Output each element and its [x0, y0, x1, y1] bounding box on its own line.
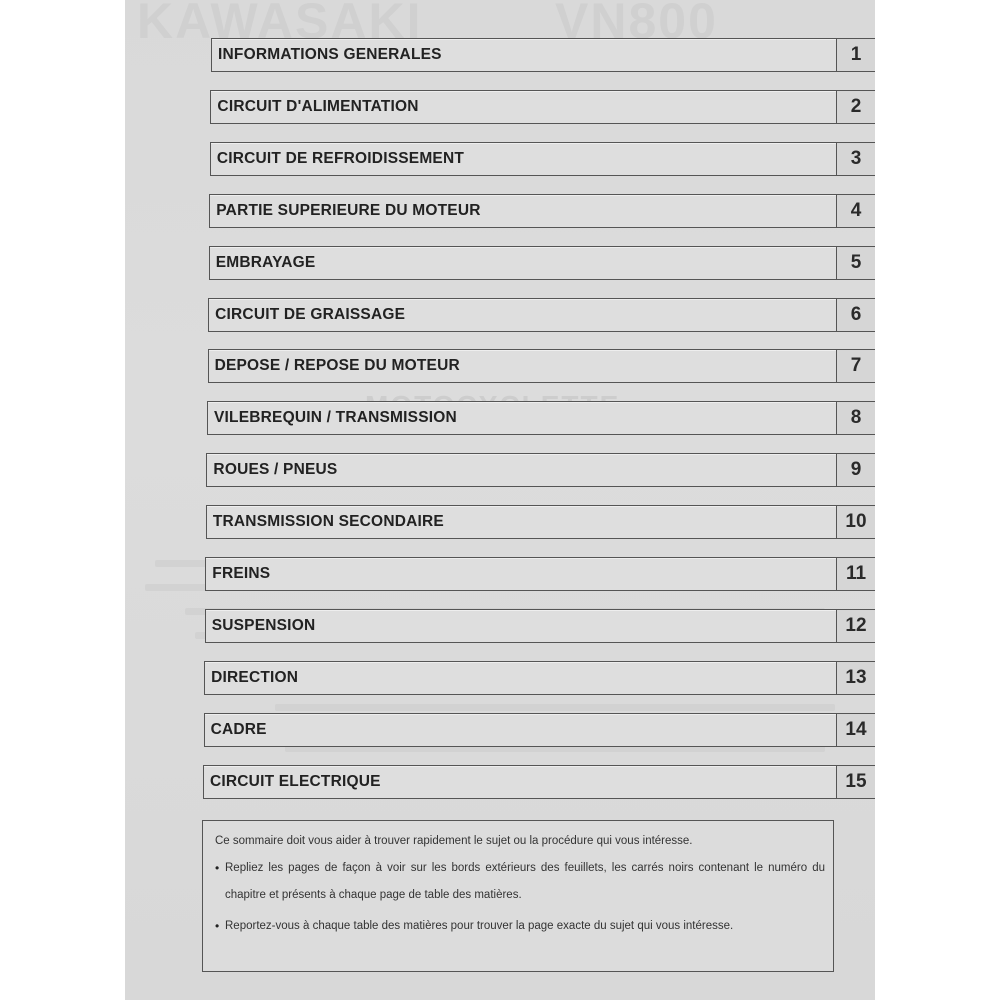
- toc-row[interactable]: ROUES / PNEUS9: [206, 453, 875, 487]
- toc-row[interactable]: DIRECTION13: [204, 661, 875, 695]
- chapter-number-tab: 7: [836, 349, 875, 383]
- instructions-box: Ce sommaire doit vous aider à trouver ra…: [202, 820, 834, 972]
- chapter-title: TRANSMISSION SECONDAIRE: [206, 505, 836, 539]
- chapter-number-tab: 15: [836, 765, 875, 799]
- bullet-icon: •: [215, 855, 225, 909]
- chapter-title: INFORMATIONS GENERALES: [211, 38, 836, 72]
- instruction-bullet: • Reportez-vous à chaque table des matiè…: [215, 913, 825, 940]
- toc-row[interactable]: FREINS11: [205, 557, 875, 591]
- chapter-title: CIRCUIT DE REFROIDISSEMENT: [210, 142, 836, 176]
- instructions-intro: Ce sommaire doit vous aider à trouver ra…: [215, 831, 825, 851]
- chapter-title: CIRCUIT ELECTRIQUE: [203, 765, 836, 799]
- chapter-number-tab: 3: [836, 142, 875, 176]
- chapter-number-tab: 8: [836, 401, 875, 435]
- chapter-title: CIRCUIT DE GRAISSAGE: [208, 298, 836, 332]
- toc-row[interactable]: EMBRAYAGE5: [209, 246, 875, 280]
- chapter-number-tab: 1: [836, 38, 875, 72]
- chapter-title: CADRE: [204, 713, 836, 747]
- chapter-title: FREINS: [205, 557, 836, 591]
- toc-row[interactable]: INFORMATIONS GENERALES1: [211, 38, 875, 72]
- chapter-title: DIRECTION: [204, 661, 836, 695]
- toc-row[interactable]: CADRE14: [204, 713, 875, 747]
- toc-row[interactable]: CIRCUIT ELECTRIQUE15: [203, 765, 875, 799]
- chapter-number-tab: 11: [836, 557, 875, 591]
- chapter-title: EMBRAYAGE: [209, 246, 836, 280]
- instruction-bullet: • Repliez les pages de façon à voir sur …: [215, 855, 825, 909]
- chapter-number-tab: 4: [836, 194, 875, 228]
- chapter-title: SUSPENSION: [205, 609, 836, 643]
- toc-row[interactable]: VILEBREQUIN / TRANSMISSION8: [207, 401, 875, 435]
- chapter-number-tab: 5: [836, 246, 875, 280]
- bullet-icon: •: [215, 913, 225, 940]
- chapter-number-tab: 14: [836, 713, 875, 747]
- toc-row[interactable]: CIRCUIT DE GRAISSAGE6: [208, 298, 875, 332]
- chapter-number-tab: 12: [836, 609, 875, 643]
- toc-row[interactable]: CIRCUIT D'ALIMENTATION2: [210, 90, 875, 124]
- chapter-title: CIRCUIT D'ALIMENTATION: [210, 90, 836, 124]
- chapter-title: VILEBREQUIN / TRANSMISSION: [207, 401, 836, 435]
- toc-row[interactable]: DEPOSE / REPOSE DU MOTEUR7: [208, 349, 875, 383]
- chapter-number-tab: 2: [836, 90, 875, 124]
- chapter-title: PARTIE SUPERIEURE DU MOTEUR: [209, 194, 836, 228]
- chapter-title: ROUES / PNEUS: [206, 453, 836, 487]
- toc-row[interactable]: SUSPENSION12: [205, 609, 875, 643]
- toc-row[interactable]: PARTIE SUPERIEURE DU MOTEUR4: [209, 194, 875, 228]
- chapter-number-tab: 9: [836, 453, 875, 487]
- chapter-title: DEPOSE / REPOSE DU MOTEUR: [208, 349, 836, 383]
- toc-row[interactable]: CIRCUIT DE REFROIDISSEMENT3: [210, 142, 875, 176]
- toc-row[interactable]: TRANSMISSION SECONDAIRE10: [206, 505, 875, 539]
- chapter-number-tab: 13: [836, 661, 875, 695]
- chapter-number-tab: 6: [836, 298, 875, 332]
- chapter-number-tab: 10: [836, 505, 875, 539]
